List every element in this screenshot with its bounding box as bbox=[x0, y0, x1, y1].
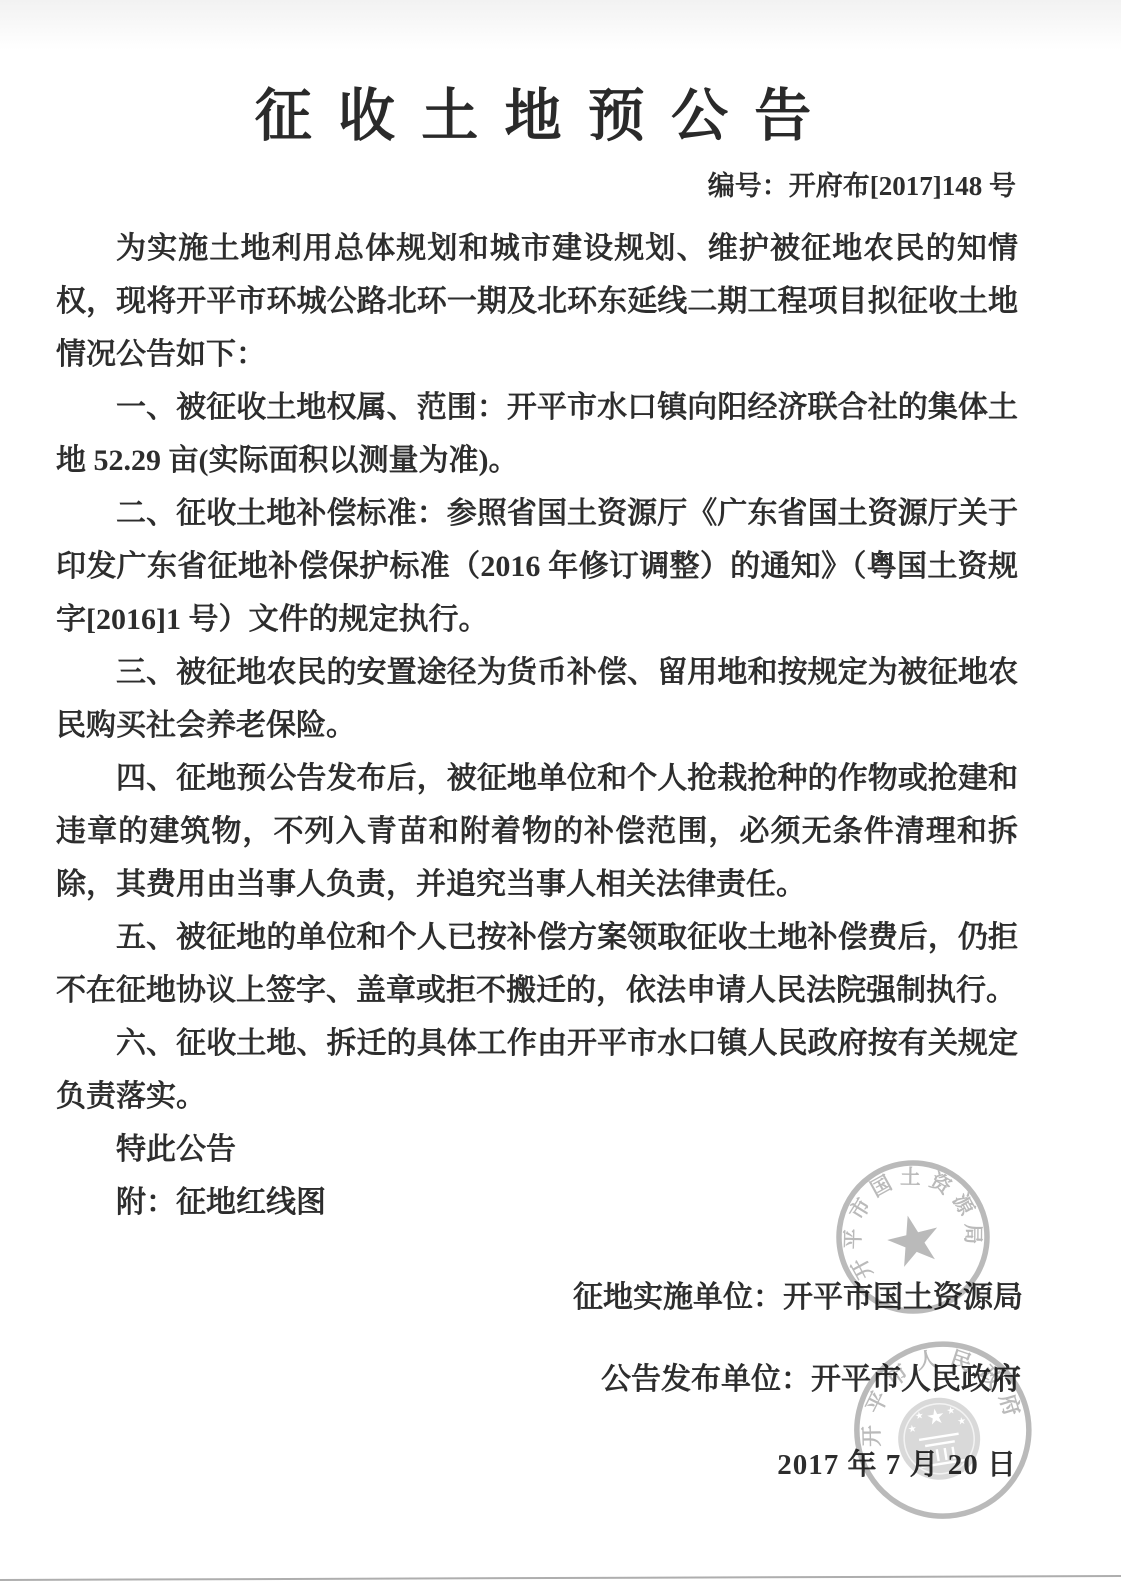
government-seal: 开平市人民政府 bbox=[832, 1322, 1054, 1540]
body-paragraph-intro: 为实施土地利用总体规划和城市建设规划、维护被征地农民的知情权，现将开平市环城公路… bbox=[56, 222, 1018, 381]
document-page: 征 收 土 地 预 公 告 编号：开府布[2017]148 号 为实施土地利用总… bbox=[0, 0, 1121, 1586]
body-paragraph-item-1: 一、被征收土地权属、范围：开平市水口镇向阳经济联合社的集体土地 52.29 亩(… bbox=[56, 381, 1018, 487]
body-paragraph-item-5: 五、被征地的单位和个人已按补偿方案领取征收土地补偿费后，仍拒不在征地协议上签字、… bbox=[56, 911, 1018, 1017]
document-body: 为实施土地利用总体规划和城市建设规划、维护被征地农民的知情权，现将开平市环城公路… bbox=[56, 222, 1018, 1229]
document-number: 编号：开府布[2017]148 号 bbox=[56, 164, 1016, 203]
national-emblem-icon bbox=[892, 1392, 986, 1486]
body-paragraph-item-3: 三、被征地农民的安置途径为货币补偿、留用地和按规定为被征地农民购买社会养老保险。 bbox=[56, 646, 1018, 752]
body-paragraph-item-4: 四、征地预公告发布后，被征地单位和个人抢栽抢种的作物或抢建和违章的建筑物，不列入… bbox=[56, 752, 1018, 911]
body-paragraph-item-6: 六、征收土地、拆迁的具体工作由开平市水口镇人民政府按有关规定负责落实。 bbox=[56, 1017, 1018, 1123]
body-paragraph-item-2: 二、征收土地补偿标准：参照省国土资源厅《广东省国土资源厅关于印发广东省征地补偿保… bbox=[56, 487, 1018, 646]
page-bottom-edge bbox=[0, 1575, 1121, 1581]
page-title: 征 收 土 地 预 公 告 bbox=[56, 70, 1016, 152]
star-icon bbox=[883, 1209, 945, 1269]
